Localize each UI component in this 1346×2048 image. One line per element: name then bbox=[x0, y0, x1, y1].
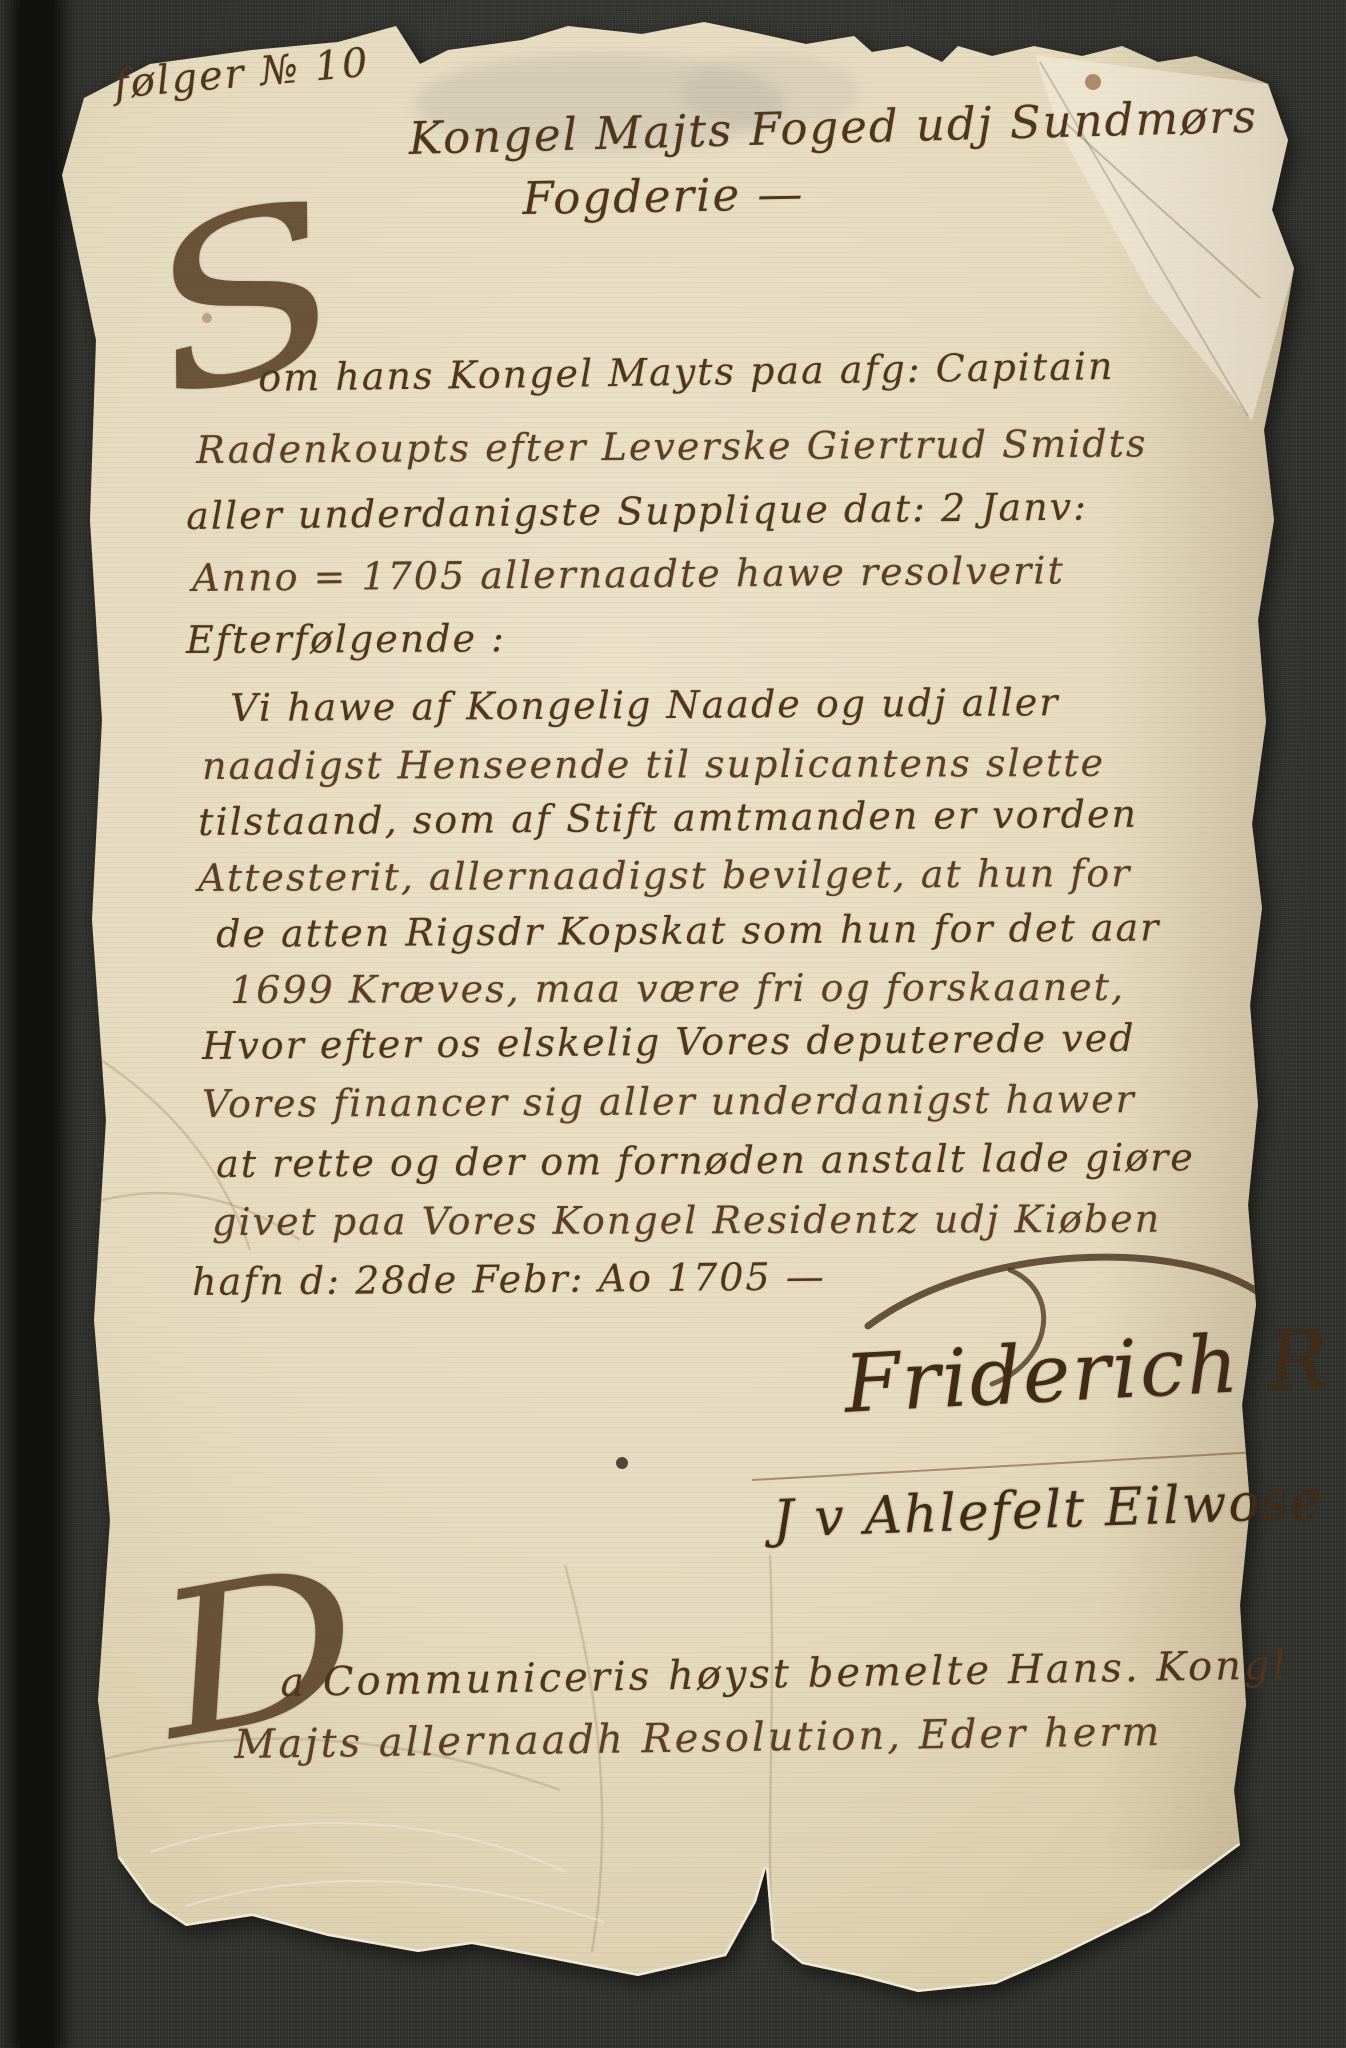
body-line: tilstaand, som af Stift amtmanden er vor… bbox=[198, 792, 1138, 844]
heading-line-1: Kongel Majts Foged udj Sundmørs bbox=[408, 90, 1258, 165]
manuscript-scan: følger № 10 Kongel Majts Foged udj Sundm… bbox=[0, 0, 1346, 2048]
body-line: a Communiceris høyst bemelte Hans. Kongl bbox=[280, 1642, 1289, 1706]
body-line: Vores financer sig aller underdanigst ha… bbox=[202, 1077, 1136, 1126]
body-line: de atten Rigsdr Kopskat som hun for det … bbox=[216, 905, 1161, 956]
handwritten-text-layer: følger № 10 Kongel Majts Foged udj Sundm… bbox=[0, 0, 1346, 2048]
archive-annotation: følger № 10 bbox=[112, 40, 371, 108]
body-line: Efterfølgende : bbox=[186, 616, 506, 662]
body-line: Vi hawe af Kongelig Naade og udj aller bbox=[230, 680, 1060, 730]
body-line: 1699 Kræves, maa være fri og forskaanet, bbox=[230, 965, 1125, 1012]
countersignature: J v Ahlefelt Eilwose bbox=[772, 1471, 1324, 1550]
decorated-initial-s: S bbox=[120, 149, 373, 450]
body-line: aller underdanigste Supplique dat: 2 Jan… bbox=[186, 485, 1088, 538]
body-line: Radenkoupts efter Leverske Giertrud Smid… bbox=[196, 421, 1148, 472]
body-line: Attesterit, allernaadigst bevilget, at h… bbox=[198, 851, 1132, 900]
body-line: om hans Kongel Mayts paa afg: Capitain bbox=[258, 344, 1115, 400]
body-line: at rette og der om fornøden anstalt lade… bbox=[216, 1135, 1195, 1186]
body-line: Hvor efter os elskelig Vores deputerede … bbox=[202, 1016, 1136, 1068]
body-line: naadigst Henseende til suplicantens slet… bbox=[202, 741, 1105, 788]
body-line: hafn d: 28de Febr: Ao 1705 — bbox=[192, 1254, 826, 1304]
royal-signature: Friderich R bbox=[842, 1313, 1332, 1431]
body-line: givet paa Vores Kongel Residentz udj Kiø… bbox=[212, 1197, 1161, 1244]
body-line: Anno = 1705 allernaadte hawe resolverit bbox=[192, 548, 1065, 600]
heading-line-2: Fogderie — bbox=[522, 167, 805, 225]
